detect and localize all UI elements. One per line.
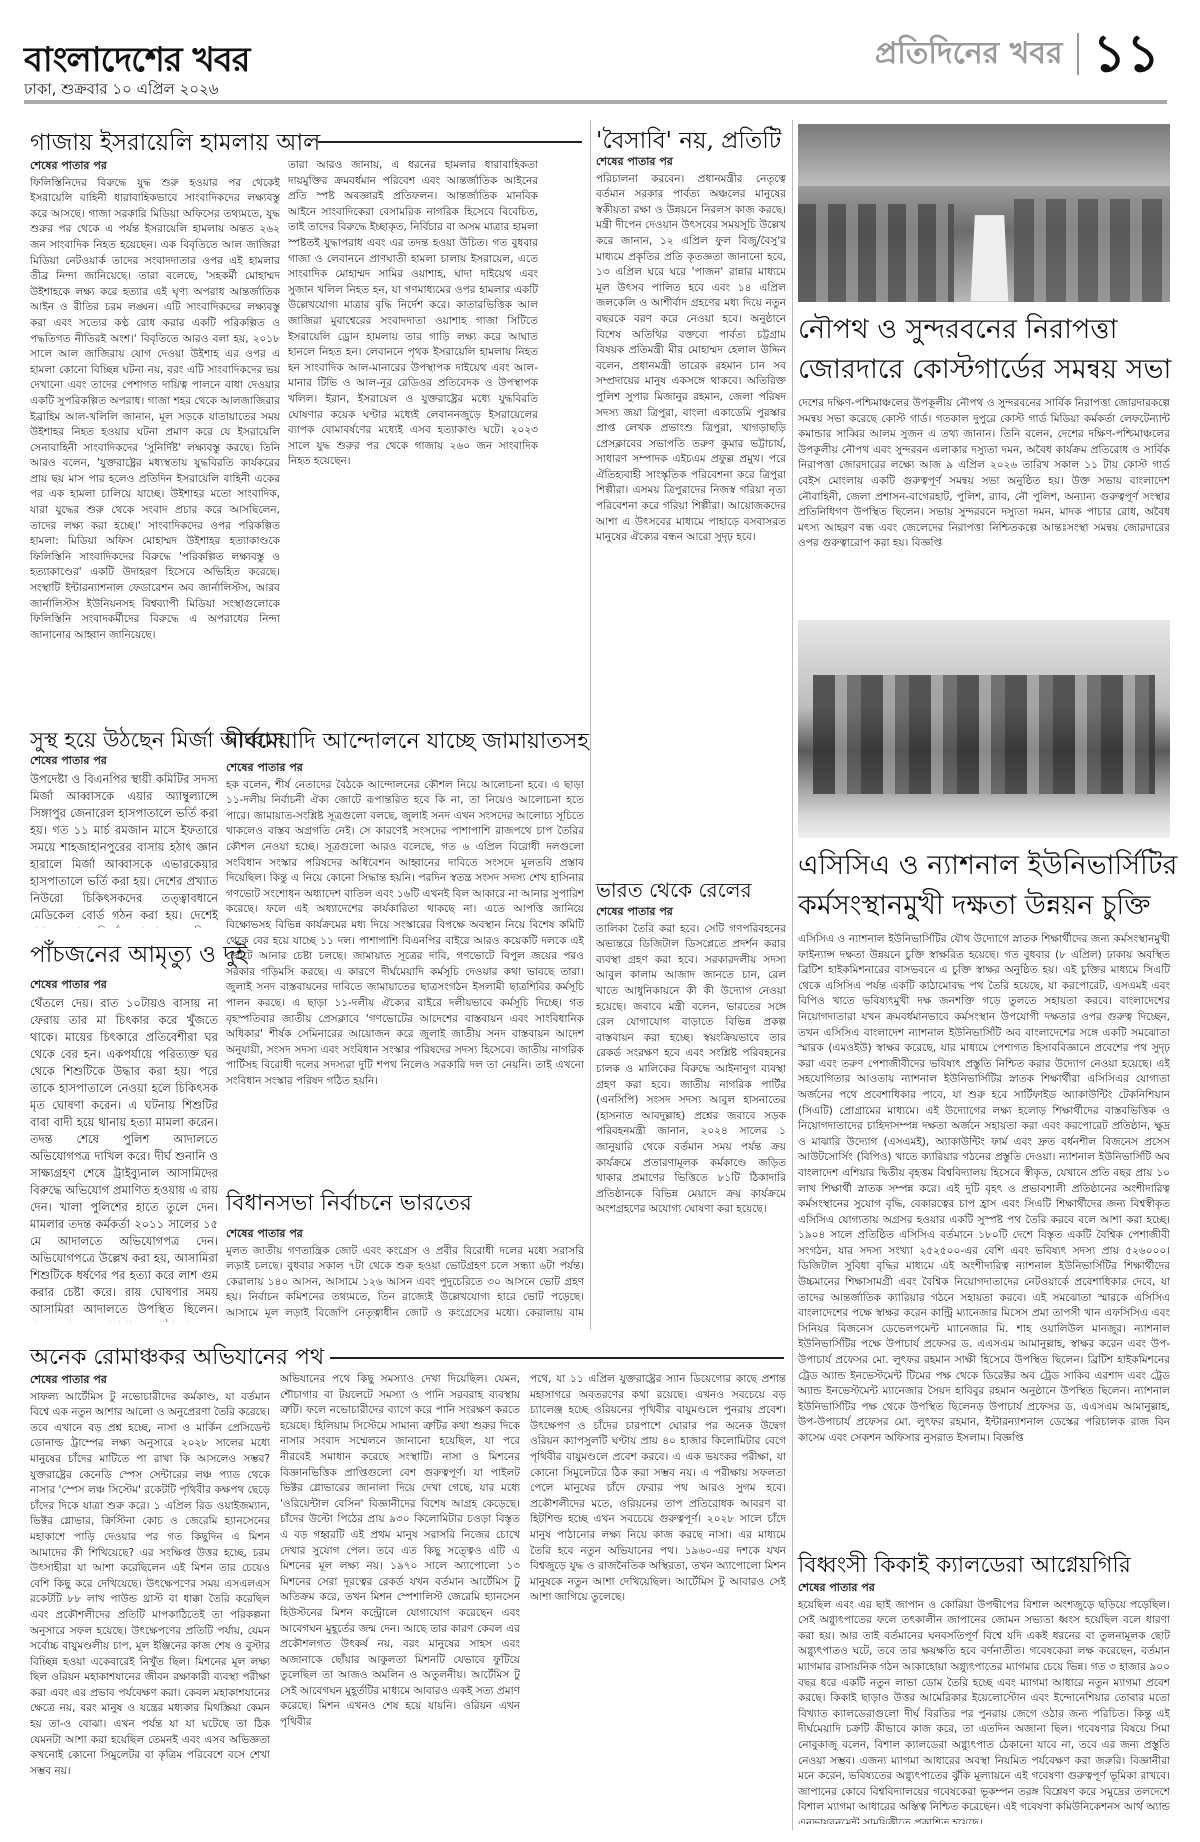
coastguard-meeting-photo	[798, 124, 1170, 302]
article-headline-jamaat: দীর্ঘমেয়াদি আন্দোলনে যাচ্ছে জামায়াতসহ	[226, 724, 589, 761]
continued-label: শেষের পাতার পর	[226, 1226, 584, 1242]
continued-label: শেষের পাতার পর	[30, 158, 280, 174]
article-artemis-col3: পথে, যা ১১ এপ্রিল যুক্তরাষ্ট্রের স্যান ড…	[530, 1372, 786, 1822]
article-artemis-col2: অভিযানের পথে কিছু সমস্যাও দেখা দিয়েছিল।…	[280, 1372, 520, 1822]
masthead-rule	[24, 100, 1167, 104]
article-headline-five-deaths: পাঁচজনের আমৃত্যু ও দুই	[30, 936, 247, 975]
masthead: বাংলাদেশের খবর ঢাকা, শুক্রবার ১০ এপ্রিল …	[0, 0, 1200, 112]
article-body: সাফল্য আর্টেমিস টু নভোচারীদের কর্মকাণ্ড,…	[30, 1390, 270, 1780]
article-mirza: শেষের পাতার পর উপদেষ্টা ও বিএনপির স্থায়…	[30, 752, 218, 928]
article-baisabi: শেষের পাতার পর পরিচালনা করবেন। প্রধানমন্…	[596, 154, 786, 874]
article-body: এসিসিএ ও ন্যাশনাল ইউনিভার্সিটির যৌথ উদ্য…	[798, 932, 1170, 1447]
section-name: প্রতিদিনের খবর	[875, 29, 1063, 80]
article-jamaat: শেষের পাতার পর হক বলেন, শীর্ষ নেতাদের বৈ…	[226, 760, 584, 1176]
headline-rule	[318, 141, 582, 143]
continued-label: শেষের পাতার পর	[30, 752, 218, 769]
page-number: ১১	[1093, 28, 1161, 80]
article-gaza-col2: তারা আরও জানায়, এ ধরনের হামলার ধারাবাহি…	[288, 158, 538, 713]
article-coastguard: দেশের দক্ষিণ-পশ্চিমাঞ্চলের উপকূলীয় নৌপথ…	[798, 396, 1170, 610]
acca-signing-photo	[798, 620, 1170, 838]
article-body: তারা আরও জানায়, এ ধরনের হামলার ধারাবাহি…	[288, 158, 538, 470]
article-headline-india: বিধানসভা নির্বাচনে ভারতের	[226, 1186, 472, 1223]
headline-line: কর্মসংস্থানমুখী দক্ষতা উন্নয়ন চুক্তি	[798, 886, 1177, 926]
article-body: হক বলেন, শীর্ষ নেতাদের বৈঠকে আন্দোলনের ক…	[226, 778, 584, 1090]
continued-label: শেষের পাতার পর	[30, 1372, 270, 1388]
article-body: পথে, যা ১১ এপ্রিল যুক্তরাষ্ট্রের স্যান ড…	[530, 1372, 786, 1606]
continued-label: শেষের পাতার পর	[30, 976, 218, 993]
article-railway: শেষের পাতার পর তালিকা তৈরি করা হবে। সেটি…	[596, 904, 786, 1322]
article-kikai: শেষের পাতার পর হয়েছিল এবং এর ছাই জাপান …	[798, 1580, 1170, 1824]
article-body: উপদেষ্টা ও বিএনপির স্থায়ী কমিটির সদস্য …	[30, 771, 218, 928]
article-artemis-col1: শেষের পাতার পর সাফল্য আর্টেমিস টু নভোচার…	[30, 1372, 270, 1822]
article-body: দেশের দক্ষিণ-পশ্চিমাঞ্চলের উপকূলীয় নৌপথ…	[798, 396, 1170, 552]
article-body: মুলত জাতীয় গণতান্ত্রিক জোট এবং কংগ্রেস …	[226, 1244, 584, 1322]
article-headline-coastguard: নৌপথ ও সুন্দরবনের নিরাপত্তা জোরদারে কোস্…	[798, 310, 1171, 390]
column-divider	[792, 120, 793, 1830]
headline-line: জোরদারে কোস্টগার্ডের সমন্বয় সভা	[798, 350, 1171, 390]
divider	[1077, 33, 1079, 75]
headline-line: নৌপথ ও সুন্দরবনের নিরাপত্তা	[798, 310, 1171, 350]
article-india: শেষের পাতার পর মুলত জাতীয় গণতান্ত্রিক জ…	[226, 1226, 584, 1322]
headline-rule	[330, 1357, 784, 1359]
continued-label: শেষের পাতার পর	[798, 1580, 1170, 1596]
page-section-header: প্রতিদিনের খবর ১১	[875, 28, 1160, 80]
article-body: তালিকা তৈরি করা হবে। সেটি গণপরিবহনের অভ্…	[596, 922, 786, 1218]
continued-label: শেষের পাতার পর	[596, 904, 786, 920]
article-body: ফিলিস্তিনিদের বিরুদ্ধে যুদ্ধ শুরু হওয়ার…	[30, 176, 280, 644]
column-divider	[590, 120, 591, 1330]
article-headline-acca: এসিসিএ ও ন্যাশনাল ইউনিভার্সিটির কর্মসংস্…	[798, 846, 1177, 926]
article-acca: এসিসিএ ও ন্যাশনাল ইউনিভার্সিটির যৌথ উদ্য…	[798, 932, 1170, 1536]
article-five-deaths: শেষের পাতার পর থেঁতলে দেয়। রাত ১০টায়ও …	[30, 976, 218, 1322]
article-body: অভিযানের পথে কিছু সমস্যাও দেখা দিয়েছিল।…	[280, 1372, 520, 1731]
headline-line: এসিসিএ ও ন্যাশনাল ইউনিভার্সিটির	[798, 846, 1177, 886]
article-body: হয়েছিল এবং এর ছাই জাপান ও কোরিয়া উপদ্ব…	[798, 1598, 1170, 1824]
article-gaza-col1: শেষের পাতার পর ফিলিস্তিনিদের বিরুদ্ধে যু…	[30, 158, 280, 713]
article-body: থেঁতলে দেয়। রাত ১০টায়ও বাসায় না ফেরায…	[30, 995, 218, 1322]
article-body: পরিচালনা করবেন। প্রধানমন্ত্রীর নেতৃত্বে …	[596, 172, 786, 546]
continued-label: শেষের পাতার পর	[596, 154, 786, 170]
continued-label: শেষের পাতার পর	[226, 760, 584, 776]
